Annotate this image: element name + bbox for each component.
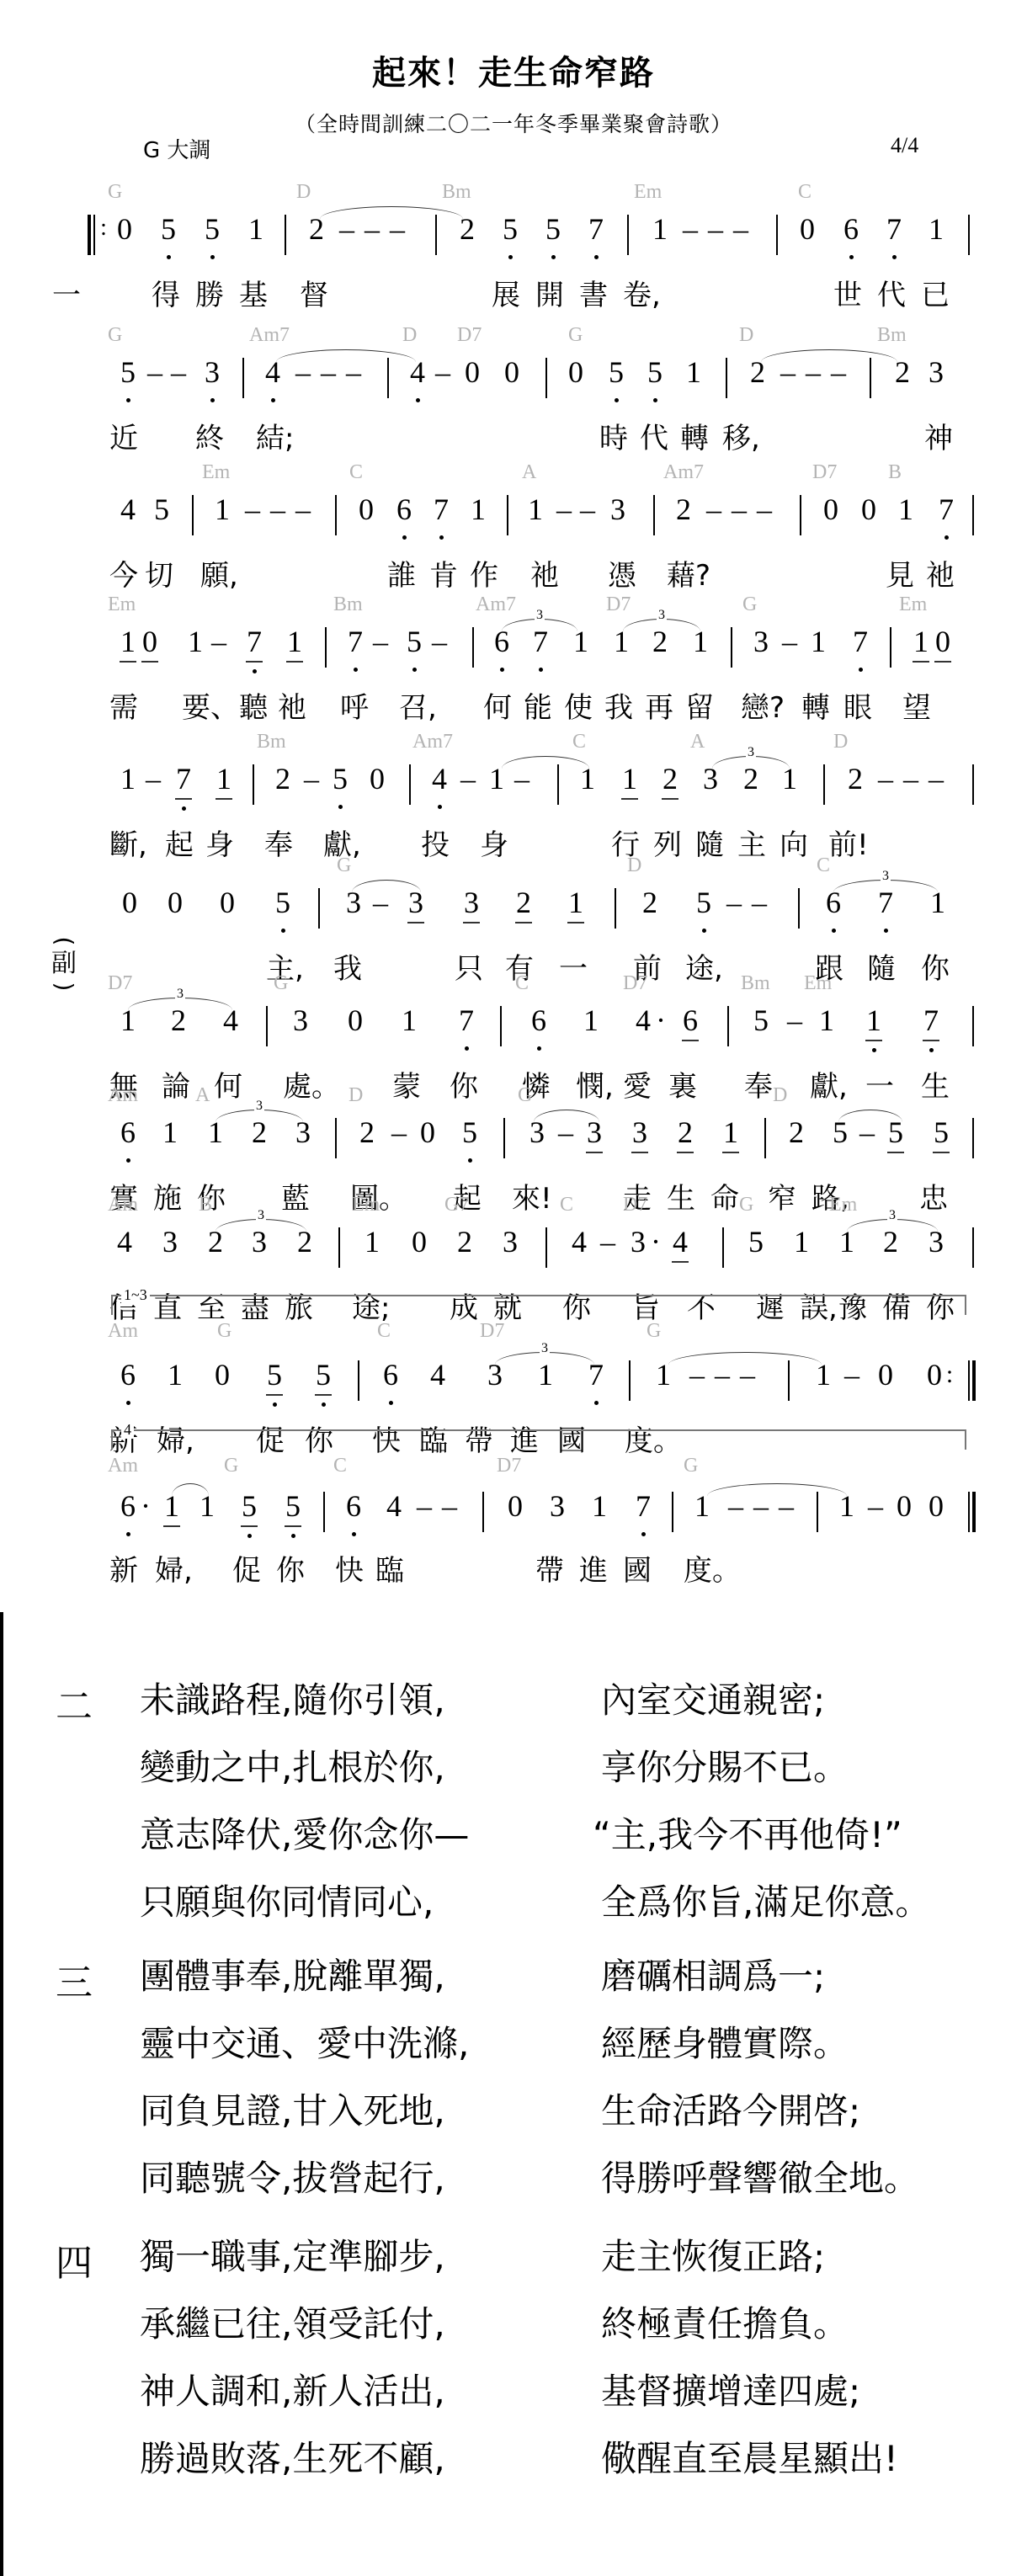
notes-row: 4 3 3 2 3 2 1 0 2 3 4 – 3 · 4 5 1 3 1 2 … bbox=[0, 1224, 1027, 1275]
barline bbox=[192, 495, 194, 535]
note: 5 bbox=[404, 624, 424, 659]
note: 0 bbox=[505, 1488, 525, 1524]
note: 5 bbox=[313, 1357, 333, 1392]
note: 4 bbox=[407, 354, 428, 390]
chord-symbol: G bbox=[742, 593, 757, 616]
verse-line-first-half: 同負見證,甘入死地, bbox=[140, 2084, 445, 2134]
chord-symbol: Am bbox=[108, 1084, 138, 1107]
note: 0 bbox=[894, 1488, 914, 1524]
barline bbox=[338, 1227, 340, 1268]
note: 1 bbox=[468, 492, 488, 527]
verse-line-first-half: 變動之中,扎根於你, bbox=[140, 1740, 445, 1791]
chord-symbol: Bm bbox=[257, 731, 286, 753]
chord-symbol: A bbox=[522, 461, 536, 484]
note: 2 bbox=[660, 761, 680, 796]
note: 0 bbox=[821, 492, 841, 527]
note: 3 bbox=[461, 885, 482, 920]
note: 1 bbox=[692, 1488, 712, 1524]
note: 0 bbox=[418, 1115, 438, 1150]
note: 5 bbox=[283, 1488, 303, 1524]
note: 1 bbox=[926, 211, 946, 247]
note: 5 bbox=[830, 1115, 850, 1150]
lyric: 得 bbox=[152, 272, 180, 313]
note: 0 bbox=[859, 492, 879, 527]
barline bbox=[627, 215, 629, 255]
lyrics-row: 新 婦, 促 你 快 臨 帶 進 國 度。 bbox=[0, 1547, 1027, 1584]
note: 1 bbox=[399, 1003, 419, 1038]
verse-line: 只願與你同情同心, 全爲你旨,滿足你意。 bbox=[3, 1875, 1014, 1927]
note: 1 bbox=[684, 354, 704, 390]
note: – bbox=[458, 761, 478, 796]
note: – bbox=[554, 492, 574, 527]
note: 1 bbox=[362, 1224, 382, 1259]
lyrics-row: 近 終 結; 時 代 轉 移, 神 bbox=[0, 415, 1027, 452]
note: – bbox=[168, 354, 189, 390]
note: 3 bbox=[608, 492, 628, 527]
note: 1 bbox=[118, 1003, 138, 1038]
notes-row: 5 – – 3 4 – – – 4 – 0 0 0 5 5 1 2 – – – … bbox=[0, 354, 1027, 405]
final-barline bbox=[968, 1492, 976, 1532]
chord-symbol: C bbox=[377, 1320, 391, 1343]
note: 2 bbox=[650, 624, 670, 659]
lyric: 祂 bbox=[530, 552, 559, 593]
chord-symbol: D bbox=[833, 731, 848, 753]
lyric: 國 bbox=[623, 1547, 652, 1589]
chord-row: Am B Em G7 C D7 G Em bbox=[0, 1194, 1027, 1219]
barline bbox=[242, 358, 244, 398]
note: 4 bbox=[221, 1003, 241, 1038]
lyric: 勝 bbox=[195, 272, 224, 313]
verse-line-second-half: 全爲你旨,滿足你意。 bbox=[601, 1875, 930, 1925]
note: 1 bbox=[165, 1357, 185, 1392]
chord-symbol: D7 bbox=[480, 1320, 504, 1343]
note: – bbox=[389, 1115, 409, 1150]
note: 1 bbox=[791, 1224, 811, 1259]
note: 0 bbox=[924, 1357, 945, 1392]
lyric: 切 bbox=[145, 552, 173, 593]
barline bbox=[335, 1118, 337, 1158]
chord-symbol: Em bbox=[108, 593, 136, 616]
note: 2 bbox=[249, 1115, 269, 1150]
lyric: 時 bbox=[599, 415, 628, 456]
note: 6 bbox=[118, 1488, 138, 1524]
note: 5 bbox=[931, 1115, 951, 1150]
note: 4 bbox=[633, 1003, 653, 1038]
verse-line-second-half: 基督擴增達四處; bbox=[601, 2364, 860, 2414]
note: 7 bbox=[431, 492, 451, 527]
note: 7 bbox=[936, 492, 956, 527]
verse-line-second-half: 生命活路今開啓; bbox=[601, 2084, 860, 2134]
key-signature: G 大調 bbox=[143, 133, 210, 164]
note: 5 bbox=[330, 761, 350, 796]
note: 0 bbox=[926, 1488, 946, 1524]
barline bbox=[968, 215, 970, 255]
lyric: 需 bbox=[109, 684, 138, 726]
note: 7 bbox=[345, 624, 365, 659]
chord-symbol: D bbox=[402, 324, 417, 347]
verse-line: 獨一職事,定準腳步, 走主恢復正路; bbox=[3, 2229, 1014, 2281]
chord-symbol: Am7 bbox=[476, 593, 516, 616]
note: 5 bbox=[645, 354, 665, 390]
verse-line: 同聽號令,拔營起行, 得勝呼聲響徹全地。 bbox=[3, 2151, 1014, 2203]
note: 7 bbox=[586, 1357, 606, 1392]
barline bbox=[823, 764, 825, 805]
note: 1 bbox=[197, 1488, 217, 1524]
chord-symbol: Em bbox=[899, 593, 927, 616]
note: 6 bbox=[343, 1488, 364, 1524]
lyric: 婦, bbox=[155, 1547, 193, 1589]
chord-row: G D C bbox=[0, 854, 1027, 880]
note: 1 bbox=[896, 492, 916, 527]
lyric: 度。 bbox=[684, 1547, 741, 1589]
note: – bbox=[926, 761, 946, 796]
chord-symbol: G bbox=[518, 1084, 532, 1107]
note: 5 bbox=[606, 354, 626, 390]
chord-row: G D Bm Em C bbox=[0, 181, 1027, 206]
chord-symbol: Am bbox=[108, 1194, 138, 1216]
barline bbox=[776, 215, 778, 255]
chord-symbol: D7 bbox=[108, 972, 132, 995]
note: – bbox=[556, 1115, 576, 1150]
verse-line-second-half: 儆醒直至晨星顯出! bbox=[601, 2431, 898, 2482]
chord-row: D7 G C D7 Bm Em bbox=[0, 972, 1027, 998]
note: 1 bbox=[780, 761, 800, 796]
lyrics-row: 需 要、聽 祂 呼 召, 何 能 使 我 再 留 戀? 轉 眼 望 bbox=[0, 684, 1027, 721]
note: 1 bbox=[837, 1488, 857, 1524]
notes-row: 6 · 1 1 5 5 6 4 – – 0 3 1 7 1 – – – 1 – … bbox=[0, 1488, 1027, 1539]
chord-symbol: C bbox=[333, 1455, 347, 1477]
note: 7 bbox=[884, 211, 904, 247]
note: 2 bbox=[673, 492, 694, 527]
lyric: 督 bbox=[300, 272, 328, 313]
note: 4 bbox=[114, 1224, 135, 1259]
lyric: 代 bbox=[640, 415, 668, 456]
time-signature: 4/4 bbox=[891, 133, 918, 158]
note: – bbox=[268, 492, 288, 527]
barline bbox=[285, 215, 286, 255]
lyric: 已 bbox=[921, 272, 950, 313]
chord-symbol: Em bbox=[634, 181, 662, 204]
chord-symbol: D bbox=[627, 854, 641, 877]
verse-line-second-half: 得勝呼聲響徹全地。 bbox=[601, 2151, 919, 2201]
note: 0 bbox=[409, 1224, 429, 1259]
verse-line: 承繼已往,領受託付, 終極責任擔負。 bbox=[3, 2297, 1014, 2349]
lyric: 見 bbox=[886, 552, 914, 593]
note: 1 bbox=[864, 1003, 884, 1038]
note: 3 bbox=[249, 1224, 269, 1259]
note: 3 bbox=[290, 1003, 311, 1038]
chord-symbol: G bbox=[108, 324, 122, 347]
note: 3 bbox=[628, 1224, 648, 1259]
note: – bbox=[901, 761, 921, 796]
chord-symbol: D7 bbox=[457, 324, 482, 347]
note: – bbox=[598, 1224, 618, 1259]
barline bbox=[318, 888, 320, 929]
note: 1 bbox=[118, 624, 138, 659]
note: 0 bbox=[140, 624, 160, 659]
barline bbox=[972, 764, 974, 805]
verse-line-second-half: 內室交通親密; bbox=[601, 1673, 825, 1723]
note: – bbox=[145, 354, 165, 390]
note: 7 bbox=[875, 885, 896, 920]
verse-line-first-half: 勝過敗落,生死不顧, bbox=[140, 2431, 445, 2482]
note: 2 bbox=[786, 1115, 806, 1150]
barline bbox=[870, 358, 871, 398]
note: 1 bbox=[285, 624, 305, 659]
note: 6 bbox=[394, 492, 414, 527]
note: 7 bbox=[850, 624, 870, 659]
note: 0 bbox=[367, 761, 387, 796]
note: 2 bbox=[845, 761, 865, 796]
chord-symbol: C bbox=[817, 854, 830, 877]
note: – bbox=[439, 1488, 460, 1524]
barline bbox=[507, 495, 508, 535]
note: 0 bbox=[345, 1003, 365, 1038]
barline bbox=[409, 764, 411, 805]
lyric: 基 bbox=[239, 272, 268, 313]
note: 1 bbox=[160, 1115, 180, 1150]
note: – bbox=[776, 1488, 796, 1524]
chord-row: Am G C D7 G bbox=[0, 1455, 1027, 1480]
note: 1 bbox=[808, 624, 828, 659]
lyric: 望 bbox=[902, 684, 931, 726]
note: 0 bbox=[875, 1357, 896, 1392]
note: 1 bbox=[581, 1003, 601, 1038]
note: 3 bbox=[926, 354, 946, 390]
note: 7 bbox=[633, 1488, 653, 1524]
note: 2 bbox=[513, 885, 534, 920]
barline bbox=[545, 358, 547, 398]
verse-line-first-half: 承繼已往,領受託付, bbox=[140, 2297, 445, 2347]
chord-symbol: Am bbox=[108, 1455, 138, 1477]
note: 2 bbox=[881, 1224, 901, 1259]
dot-duration: · bbox=[140, 1488, 152, 1524]
barline bbox=[972, 1227, 974, 1268]
note: 3 bbox=[630, 1115, 650, 1150]
chord-symbol: D7 bbox=[812, 461, 837, 484]
note: 6 bbox=[680, 1003, 700, 1038]
note: 4 bbox=[670, 1224, 690, 1259]
note: 5 bbox=[460, 1115, 480, 1150]
chord-symbol: C bbox=[515, 972, 529, 995]
note: 3 bbox=[584, 1115, 604, 1150]
note: 0 bbox=[933, 624, 953, 659]
lyric: 代 bbox=[877, 272, 906, 313]
note: – bbox=[875, 761, 896, 796]
note: 3 bbox=[500, 1224, 520, 1259]
song-title: 起來！走生命窄路 bbox=[0, 46, 1027, 94]
note: 5 bbox=[746, 1224, 766, 1259]
repeat-start-barline bbox=[88, 215, 95, 255]
note: 0 bbox=[120, 885, 140, 920]
note: 3 bbox=[406, 885, 426, 920]
verse-line-second-half: “主,我今不再他倚!” bbox=[593, 1807, 902, 1858]
verse-line: 變動之中,扎根於你, 享你分賜不已。 bbox=[3, 1740, 1014, 1792]
lyric: 帶 bbox=[535, 1547, 564, 1589]
note: 3 bbox=[343, 885, 364, 920]
note: 1 bbox=[928, 885, 948, 920]
chord-symbol: G bbox=[684, 1455, 698, 1477]
chord-symbol: D7 bbox=[623, 1194, 647, 1216]
note: 5 bbox=[751, 1003, 771, 1038]
verse-number: 一 bbox=[52, 272, 81, 313]
chord-symbol: G bbox=[647, 1320, 661, 1343]
verse-line-second-half: 走主恢復正路; bbox=[601, 2229, 825, 2280]
chord-symbol: G bbox=[739, 1194, 753, 1216]
note: – bbox=[414, 1488, 434, 1524]
dot-duration: · bbox=[650, 1224, 662, 1259]
note: 4 bbox=[429, 761, 450, 796]
note: – bbox=[731, 211, 751, 247]
barline bbox=[653, 495, 655, 535]
note: 1 bbox=[214, 761, 234, 796]
lyric: 你 bbox=[276, 1547, 305, 1589]
barline bbox=[545, 1227, 547, 1268]
lyric: 新 bbox=[109, 1547, 138, 1589]
notes-row: : 0 5 5 1 2 – – – 2 5 5 7 1 – – – 0 6 7 … bbox=[0, 211, 1027, 262]
barline bbox=[890, 627, 891, 668]
lyric: 臨 bbox=[375, 1547, 404, 1589]
note: 7 bbox=[244, 624, 264, 659]
lyric: 何 bbox=[483, 684, 512, 726]
note: 1 bbox=[118, 761, 138, 796]
note: 5 bbox=[500, 211, 520, 247]
verse-line-first-half: 團體事奉,脫離單獨, bbox=[140, 1949, 445, 1999]
note: 0 bbox=[356, 492, 376, 527]
verse-line: 團體事奉,脫離單獨, 磨礪相調爲一; bbox=[3, 1949, 1014, 2001]
lyric: 轉 bbox=[680, 415, 709, 456]
note: 1 bbox=[212, 492, 232, 527]
chord-symbol: Am7 bbox=[249, 324, 290, 347]
note: 7 bbox=[456, 1003, 476, 1038]
tie bbox=[276, 349, 416, 362]
verse-line: 神人調和,新人活出, 基督擴增達四處; bbox=[3, 2364, 1014, 2416]
chord-row: Bm Am7 C A D bbox=[0, 731, 1027, 756]
verse-line: 意志降伏,愛你念你— “主,我今不再他倚!” bbox=[3, 1807, 1014, 1860]
note: 5 bbox=[543, 211, 563, 247]
lyric: 留 bbox=[685, 684, 714, 726]
chord-symbol: Bm bbox=[741, 972, 770, 995]
note: 5 bbox=[694, 885, 714, 920]
barline bbox=[731, 627, 732, 668]
lyrics-row: 斷, 起 身 奉 獻, 投 身 行 列 隨 主 向 前! bbox=[0, 822, 1027, 859]
note: 2 bbox=[205, 1224, 226, 1259]
note: – bbox=[704, 492, 724, 527]
lyric: 戀? bbox=[741, 684, 785, 726]
lyric: 終 bbox=[195, 415, 224, 456]
note: – bbox=[433, 354, 453, 390]
chord-row: Am A D G D bbox=[0, 1084, 1027, 1110]
barline bbox=[435, 215, 437, 255]
note: 1 bbox=[721, 1115, 741, 1150]
chord-symbol: Am7 bbox=[412, 731, 453, 753]
barline bbox=[726, 358, 727, 398]
verse-line-first-half: 同聽號令,拔營起行, bbox=[140, 2151, 445, 2201]
chord-symbol: Bm bbox=[333, 593, 363, 616]
barline bbox=[629, 1360, 631, 1401]
verse-line-second-half: 終極責任擔負。 bbox=[601, 2297, 849, 2347]
notes-row: 6 1 0 5 5 6 4 3 3 1 7 1 – – – 1 – 0 0 : bbox=[0, 1357, 1027, 1408]
chord-row: Em Bm Am7 D7 G Em bbox=[0, 593, 1027, 619]
note: 2 bbox=[741, 761, 761, 796]
tie bbox=[502, 756, 589, 769]
verse-line-first-half: 神人調和,新人活出, bbox=[140, 2364, 445, 2414]
barline bbox=[500, 1006, 502, 1046]
barline bbox=[672, 1492, 673, 1532]
chord-symbol: D bbox=[296, 181, 311, 204]
lyric: 轉 bbox=[801, 684, 830, 726]
note: 1 bbox=[837, 1224, 857, 1259]
note: 1 bbox=[577, 761, 598, 796]
chord-symbol: G bbox=[274, 972, 288, 995]
note: 6 bbox=[823, 885, 843, 920]
note: 7 bbox=[586, 211, 606, 247]
notes-row: 0 0 0 5 3 – 3 3 2 1 2 5 – – 3 6 7 1 bbox=[0, 885, 1027, 935]
note: 1 bbox=[611, 624, 631, 659]
barline bbox=[764, 1118, 766, 1158]
verse-line-first-half: 未識路程,隨你引領, bbox=[140, 1673, 445, 1723]
note: 0 bbox=[165, 885, 185, 920]
note: – bbox=[785, 1003, 805, 1038]
notes-row: 4 5 1 – – – 0 6 7 1 1 – – 3 2 – – – 0 0 … bbox=[0, 492, 1027, 542]
note: 2 bbox=[273, 761, 293, 796]
chord-row: Em C A Am7 D7 B bbox=[0, 461, 1027, 487]
verse-line-first-half: 獨一職事,定準腳步, bbox=[140, 2229, 445, 2280]
note: – bbox=[293, 492, 313, 527]
lyric: 書 bbox=[579, 272, 608, 313]
note: – bbox=[242, 492, 263, 527]
note: 5 bbox=[886, 1115, 906, 1150]
chord-symbol: Am bbox=[108, 1320, 138, 1343]
note: 1 bbox=[205, 1115, 226, 1150]
verse-line-second-half: 經歷身體實際。 bbox=[601, 2016, 849, 2067]
chord-symbol: A bbox=[195, 1084, 210, 1107]
verse-line: 未識路程,隨你引領, 內室交通親密; bbox=[3, 1673, 1014, 1725]
note: – bbox=[370, 885, 391, 920]
chord-symbol: B bbox=[199, 1194, 212, 1216]
lyric: 憑 bbox=[608, 552, 636, 593]
note: 3 bbox=[527, 1115, 547, 1150]
note: 1 bbox=[813, 1357, 833, 1392]
note: – bbox=[754, 492, 774, 527]
note: 0 bbox=[462, 354, 482, 390]
barline bbox=[503, 1118, 505, 1158]
verse-line: 勝過敗落,生死不顧, 儆醒直至晨星顯出! bbox=[3, 2431, 1014, 2483]
chord-symbol: Em bbox=[202, 461, 230, 484]
lyric: 移, bbox=[722, 415, 760, 456]
barline bbox=[335, 495, 337, 535]
lyric: 我 bbox=[604, 684, 633, 726]
note: 3 bbox=[202, 354, 222, 390]
lyric: 肯 bbox=[429, 552, 458, 593]
notes-row: 6 1 3 1 2 3 2 – 0 5 3 – 3 3 2 1 2 5 – 5 … bbox=[0, 1115, 1027, 1165]
lyric: 神 bbox=[924, 415, 953, 456]
barline bbox=[472, 627, 474, 668]
dot-duration: · bbox=[655, 1003, 667, 1038]
note: 5 bbox=[264, 1357, 285, 1392]
lyric: 卷, bbox=[623, 272, 661, 313]
barline bbox=[788, 1360, 790, 1401]
lyrics-row: 今 切 願, 誰 肯 作 祂 憑 藉? 見 祂 bbox=[0, 552, 1027, 589]
note: 2 bbox=[675, 1115, 695, 1150]
barline bbox=[722, 1227, 724, 1268]
repeat-end-barline bbox=[968, 1360, 976, 1401]
note: 7 bbox=[530, 624, 551, 659]
lyric: 展 bbox=[492, 272, 520, 313]
note: 1 bbox=[589, 1488, 609, 1524]
note: 5 bbox=[152, 492, 172, 527]
note: 1 bbox=[535, 1357, 556, 1392]
